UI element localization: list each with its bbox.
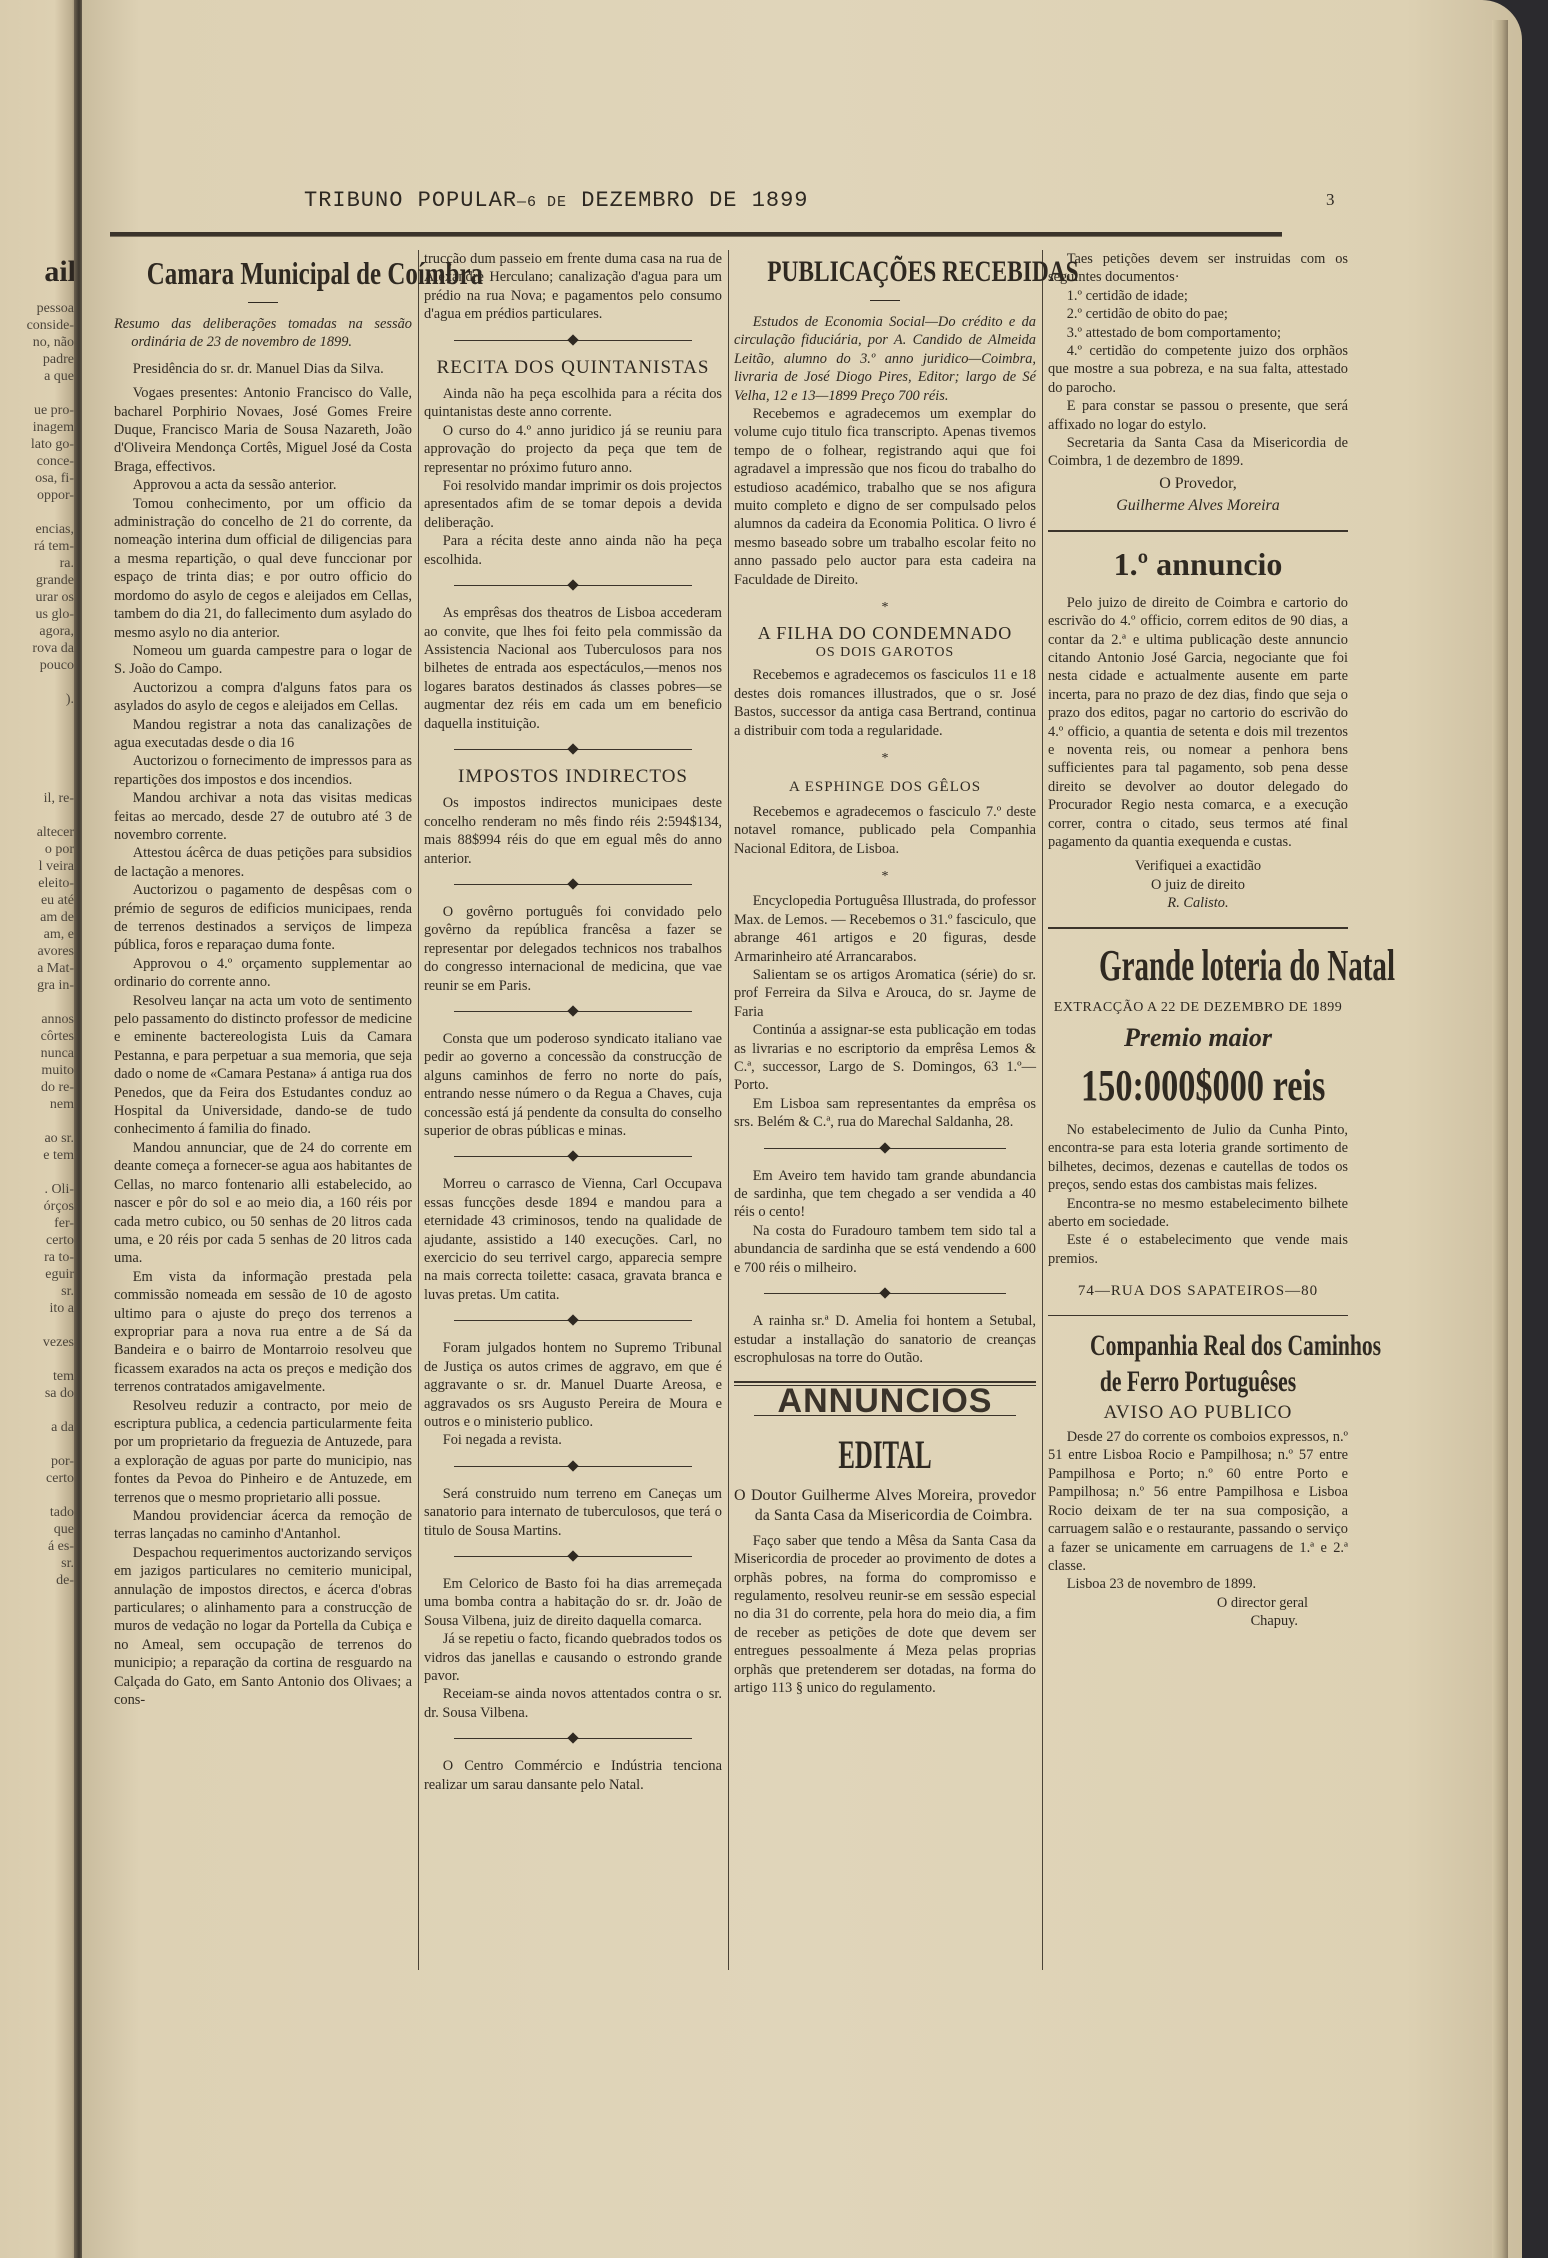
director-signature: Chapuy. bbox=[1048, 1612, 1348, 1630]
premio-label: Premio maior bbox=[1048, 1021, 1348, 1055]
asterisk-separator: * bbox=[734, 868, 1036, 886]
paragraph: Salientam se os artigos Aromatica (série… bbox=[734, 966, 1036, 1021]
paragraph: Encyclopedia Portuguêsa Illustrada, do p… bbox=[734, 892, 1036, 966]
ornamental-divider bbox=[454, 749, 692, 750]
paragraph: Mandou archivar a nota das visitas medic… bbox=[114, 789, 412, 844]
column-publicacoes: PUBLICAÇÕES RECEBIDAS Estudos de Economi… bbox=[734, 250, 1036, 1697]
extraccao-date: EXTRACÇÃO A 22 DE DEZEMBRO DE 1899 bbox=[1048, 999, 1348, 1017]
ornamental-divider bbox=[454, 1738, 692, 1739]
section-title-esphinge: A ESPHINGE DOS GÊLOS bbox=[734, 778, 1036, 796]
ornamental-divider bbox=[454, 1556, 692, 1557]
document-item: 3.º attestado de bom comportamento; bbox=[1048, 324, 1348, 342]
paragraph: Recebemos e agradecemos o fasciculo 7.º … bbox=[734, 803, 1036, 858]
signatory-role: O Provedor, bbox=[1048, 475, 1348, 493]
paragraph-syndicato: Consta que um poderoso syndicato italian… bbox=[424, 1030, 722, 1140]
aviso-subtitle: AVISO AO PUBLICO bbox=[1048, 1404, 1348, 1422]
edital-text: Faço saber que tendo a Mêsa da Santa Cas… bbox=[734, 1532, 1036, 1698]
section-rule bbox=[1048, 1315, 1348, 1316]
paragraph: Resolveu lançar na acta um voto de senti… bbox=[114, 992, 412, 1139]
paragraph: Já se repetiu o facto, ficando quebrados… bbox=[424, 1630, 722, 1685]
paragraph: Continúa a assignar-se esta publicação e… bbox=[734, 1021, 1036, 1095]
edital-title: EDITAL bbox=[791, 1432, 978, 1478]
paragraph: Auctorizou a compra d'alguns fatos para … bbox=[114, 679, 412, 716]
place-date: Secretaria da Santa Casa da Misericordia… bbox=[1048, 434, 1348, 471]
session-subtitle: Resumo das deliberações tomadas na sessã… bbox=[114, 315, 412, 352]
document-item: 1.º certidão de idade; bbox=[1048, 287, 1348, 305]
paragraph: Presidência do sr. dr. Manuel Dias da Si… bbox=[114, 360, 412, 378]
shop-address: 74—RUA DOS SAPATEIROS—80 bbox=[1048, 1282, 1348, 1300]
paragraph: Mandou annunciar, que de 24 do corrente … bbox=[114, 1139, 412, 1268]
issue-date: DEZEMBRO DE 1899 bbox=[581, 188, 808, 213]
paper-name: TRIBUNO POPULAR bbox=[304, 188, 517, 213]
paragraph: E para constar se passou o presente, que… bbox=[1048, 397, 1348, 434]
judge-role: O juiz de direito bbox=[1048, 876, 1348, 894]
paragraph: Resolveu reduzir a contracto, por meio d… bbox=[114, 1397, 412, 1507]
paragraph: Em Lisboa sam representantes da emprêsa … bbox=[734, 1095, 1036, 1132]
ornamental-divider bbox=[764, 1293, 1006, 1294]
section-rule bbox=[1048, 530, 1348, 532]
annuncio-title: 1.º annuncio bbox=[1048, 544, 1348, 584]
page-edge bbox=[1492, 20, 1508, 2258]
paragraph: Para a récita deste anno ainda não ha pe… bbox=[424, 532, 722, 569]
prev-page-title-fragment: ail bbox=[44, 255, 76, 289]
paragraph: O curso do 4.º anno juridico já se reuni… bbox=[424, 422, 722, 477]
section-title-camara: Camara Municipal de Coímbra bbox=[147, 254, 379, 292]
prize-amount: 150:000$000 reis bbox=[1081, 1061, 1315, 1111]
director-role: O director geral bbox=[1048, 1594, 1348, 1612]
ornamental-divider bbox=[454, 1156, 692, 1157]
ornamental-divider bbox=[454, 884, 692, 885]
ornamental-divider bbox=[454, 340, 692, 341]
ornamental-divider bbox=[454, 1466, 692, 1467]
judge-signature: R. Calisto. bbox=[1048, 894, 1348, 912]
paragraph: Mandou providenciar ácerca da remoção de… bbox=[114, 1507, 412, 1544]
paragraph-governo: O govêrno português foi convidado pelo g… bbox=[424, 903, 722, 995]
paragraph: Foram julgados hontem no Supremo Tribuna… bbox=[424, 1339, 722, 1431]
asterisk-separator: * bbox=[734, 599, 1036, 617]
publication-reference: Estudos de Economia Social—Do crédito e … bbox=[734, 313, 1036, 405]
paragraph: Mandou registrar a nota das canalizações… bbox=[114, 716, 412, 753]
section-rule bbox=[1048, 927, 1348, 929]
paragraph: Em vista da informação prestada pela com… bbox=[114, 1268, 412, 1397]
section-title-filha: A FILHA DO CONDEMNADO bbox=[734, 624, 1036, 642]
column-news: trucção dum passeio em frente duma casa … bbox=[424, 250, 722, 1794]
masthead-rule bbox=[110, 232, 1282, 237]
paragraph: Na costa do Furadouro tambem tem sido ta… bbox=[734, 1222, 1036, 1277]
paragraph: Vogaes presentes: Antonio Francisco do V… bbox=[114, 384, 412, 476]
paragraph: Approvou a acta da sessão anterior. bbox=[114, 476, 412, 494]
section-title-impostos: IMPOSTOS INDIRECTOS bbox=[424, 768, 722, 786]
column-annuncios: Taes petições devem ser instruidas com o… bbox=[1048, 250, 1348, 1631]
edital-intro: O Doutor Guilherme Alves Moreira, proved… bbox=[734, 1486, 1036, 1526]
paragraph: Despachou requerimentos auctorizando ser… bbox=[114, 1544, 412, 1710]
paragraph: Pelo juizo de direito de Coimbra e carto… bbox=[1048, 594, 1348, 852]
previous-page-strip: ail pessoa conside- no, não padre a que … bbox=[0, 0, 78, 2258]
paragraph: Attestou ácêrca de duas petições para su… bbox=[114, 844, 412, 881]
section-subtitle-garotos: OS DOIS GAROTOS bbox=[734, 644, 1036, 662]
masthead: TRIBUNO POPULAR—6 DE DEZEMBRO DE 1899 bbox=[304, 188, 1304, 222]
paragraph: Nomeou um guarda campestre para o logar … bbox=[114, 642, 412, 679]
paragraph: Approvou o 4.º orçamento supplementar ao… bbox=[114, 955, 412, 992]
paragraph: Receiam-se ainda novos attentados contra… bbox=[424, 1685, 722, 1722]
paragraph: Auctorizou o fornecimento de impressos p… bbox=[114, 752, 412, 789]
prev-page-text-b: il, re- altecer o por l veira eleito- eu… bbox=[14, 790, 74, 1589]
signature: Guilherme Alves Moreira bbox=[1048, 497, 1348, 515]
paragraph: Os impostos indirectos municipaes deste … bbox=[424, 794, 722, 868]
edital-continuation-intro: Taes petições devem ser instruidas com o… bbox=[1048, 250, 1348, 287]
annuncios-banner: ANNUNCIOS bbox=[734, 1392, 1036, 1410]
document-item: 4.º certidão do competente juizo dos orp… bbox=[1048, 342, 1348, 397]
paragraph-rainha: A rainha sr.ª D. Amelia foi hontem a Set… bbox=[734, 1312, 1036, 1367]
paragraph: Recebemos e agradecemos um exemplar do v… bbox=[734, 405, 1036, 589]
section-title-publicacoes: PUBLICAÇÕES RECEBIDAS bbox=[767, 254, 1003, 290]
paragraph: Em Aveiro tem havido tam grande abundanc… bbox=[734, 1167, 1036, 1222]
paragraph: Encontra-se no mesmo estabelecimento bil… bbox=[1048, 1195, 1348, 1232]
continuation-paragraph: trucção dum passeio em frente duma casa … bbox=[424, 250, 722, 324]
companhia-title-line2: de Ferro Portuguêses bbox=[1090, 1364, 1306, 1400]
page-number: 3 bbox=[1326, 190, 1335, 210]
column-rule bbox=[728, 250, 729, 1970]
paragraph: Auctorizou o pagamento de despêsas com o… bbox=[114, 881, 412, 955]
loteria-title: Grande loteria do Natal bbox=[1099, 941, 1297, 991]
column-camara-municipal: Camara Municipal de Coímbra Resumo das d… bbox=[114, 250, 412, 1709]
paragraph-theatros: As emprêsas dos theatros de Lisboa acced… bbox=[424, 604, 722, 733]
paragraph: Foi resolvido mandar imprimir os dois pr… bbox=[424, 477, 722, 532]
ornamental-divider bbox=[764, 1148, 1006, 1149]
companhia-title-line1: Companhia Real dos Caminhos bbox=[1090, 1328, 1306, 1364]
paragraph: No estabelecimento de Julio da Cunha Pin… bbox=[1048, 1121, 1348, 1195]
column-rule bbox=[1042, 250, 1043, 1970]
paragraph: Foi negada a revista. bbox=[424, 1431, 722, 1449]
place-date: Lisboa 23 de novembro de 1899. bbox=[1048, 1575, 1348, 1593]
paragraph: Ainda não ha peça escolhida para a récit… bbox=[424, 385, 722, 422]
asterisk-separator: * bbox=[734, 750, 1036, 768]
section-title-recita: RECITA DOS QUINTANISTAS bbox=[424, 359, 722, 377]
dash-ornament bbox=[870, 300, 900, 301]
paragraph: Em Celorico de Basto foi ha dias arremeç… bbox=[424, 1575, 722, 1630]
column-rule bbox=[418, 250, 419, 1970]
paragraph: Recebemos e agradecemos os fasciculos 11… bbox=[734, 666, 1036, 740]
prev-page-text-a: pessoa conside- no, não padre a que ue p… bbox=[14, 300, 74, 708]
ornamental-divider bbox=[454, 1320, 692, 1321]
paragraph-sanatorio: Será construido num terreno em Caneças u… bbox=[424, 1485, 722, 1540]
paragraph-centro: O Centro Commércio e Indústria tenciona … bbox=[424, 1757, 722, 1794]
ornamental-divider bbox=[454, 585, 692, 586]
paragraph: Este é o estabelecimento que vende mais … bbox=[1048, 1231, 1348, 1268]
verification-line: Verifiquei a exactidão bbox=[1048, 857, 1348, 875]
document-item: 2.º certidão de obito do pae; bbox=[1048, 305, 1348, 323]
paragraph: Tomou conhecimento, por um officio da ad… bbox=[114, 495, 412, 642]
paragraph: Desde 27 do corrente os comboios express… bbox=[1048, 1428, 1348, 1575]
date-prefix: —6 DE bbox=[517, 194, 567, 211]
dash-ornament bbox=[248, 302, 278, 303]
paragraph-carrasco: Morreu o carrasco de Vienna, Carl Occupa… bbox=[424, 1175, 722, 1304]
ornamental-divider bbox=[454, 1011, 692, 1012]
